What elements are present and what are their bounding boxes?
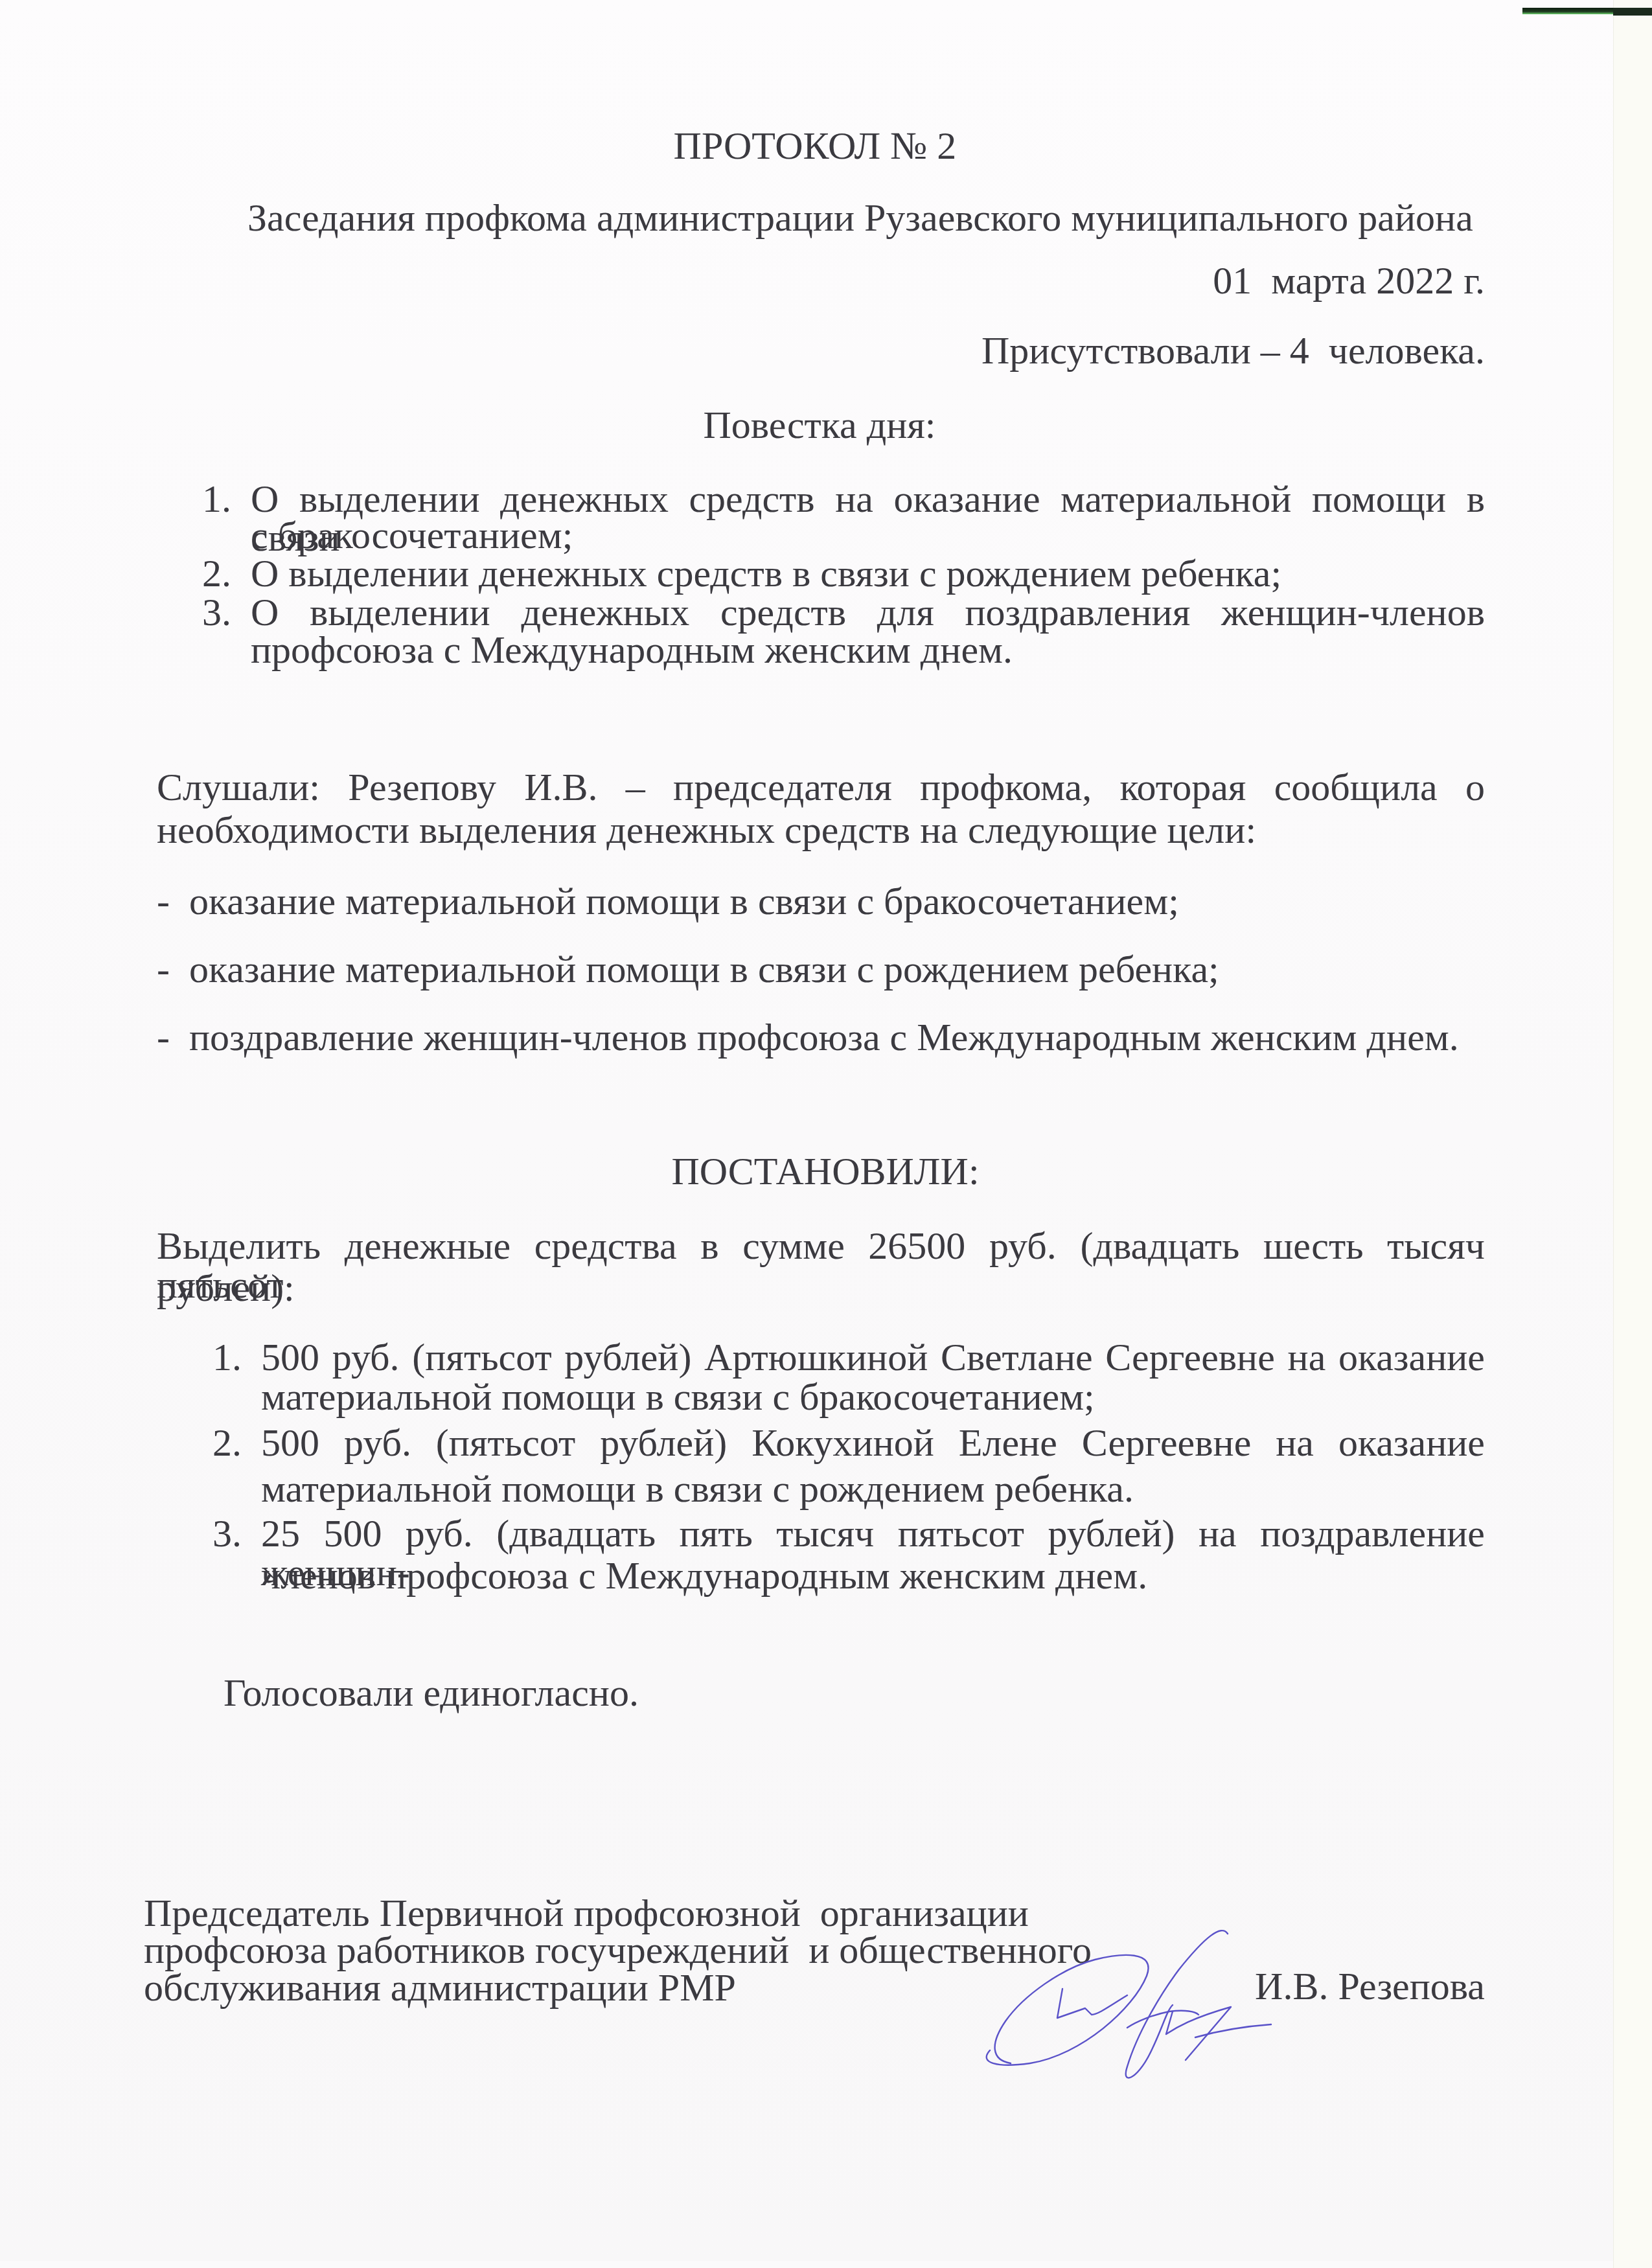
resolved-item-number: 1. [212,1338,242,1377]
attendance-count: Присутствовали – 4 человека. [907,331,1485,370]
signatory-position-line: профсоюза работников госучреждений и общ… [144,1930,1092,1969]
vote-result: Голосовали единогласно. [224,1673,639,1712]
resolved-intro-line: рублей): [157,1268,295,1307]
document-title: ПРОТОКОЛ № 2 [0,126,1630,165]
resolved-item-text-line: материальной помощи в связи с рождением … [261,1469,1134,1508]
agenda-item-text-line: О выделении денежных средств для поздрав… [251,593,1485,632]
scan-corner-shadow [1613,8,1652,16]
resolved-intro-line: Выделить денежные средства в сумме 26500… [157,1226,1485,1265]
agenda-heading: Повестка дня: [0,406,1639,444]
agenda-item-text-line: О выделении денежных средств в связи с р… [251,554,1281,593]
heard-text-line: необходимости выделения денежных средств… [157,810,1256,849]
scan-edge-strip [1613,0,1652,2268]
resolved-heading: ПОСТАНОВИЛИ: [0,1152,1651,1191]
signatory-position-line: Председатель Первичной профсоюзной орган… [144,1894,1029,1932]
agenda-item-number: 2. [202,554,231,593]
resolved-item-text-line: членов профсоюза с Международным женским… [261,1556,1147,1595]
handwritten-signature-icon [972,1898,1283,2092]
signatory-position-line: обслуживания администрации РМР [144,1968,736,2007]
resolved-item-number: 2. [212,1423,242,1462]
resolved-item-number: 3. [212,1514,242,1553]
agenda-item-text-line: профсоюза с Международным женским днем. [251,630,1013,669]
agenda-item-number: 1. [202,479,231,518]
heard-text-line: Слушали: Резепову И.В. – председателя пр… [157,768,1485,807]
agenda-item-text-line: с бракосочетанием; [251,516,573,555]
resolved-item-text-line: материальной помощи в связи с бракосочет… [261,1377,1095,1416]
agenda-item-number: 3. [202,593,231,632]
meeting-date: 01 марта 2022 г. [972,261,1485,300]
agenda-item-text-line: О выделении денежных средств на оказание… [251,479,1485,518]
resolved-item-text-line: 500 руб. (пятьсот рублей) Артюшкиной Све… [261,1338,1485,1377]
document-subtitle: Заседания профкома администрации Рузаевс… [247,198,1473,237]
resolved-item-text-line: 500 руб. (пятьсот рублей) Кокухиной Елен… [261,1423,1485,1462]
heard-bullet: - оказание материальной помощи в связи с… [157,950,1219,989]
heard-bullet: - оказание материальной помощи в связи с… [157,882,1179,921]
heard-bullet: - поздравление женщин-членов профсоюза с… [157,1018,1459,1057]
resolved-item-text-line: 25 500 руб. (двадцать пять тысяч пятьсот… [261,1514,1485,1553]
